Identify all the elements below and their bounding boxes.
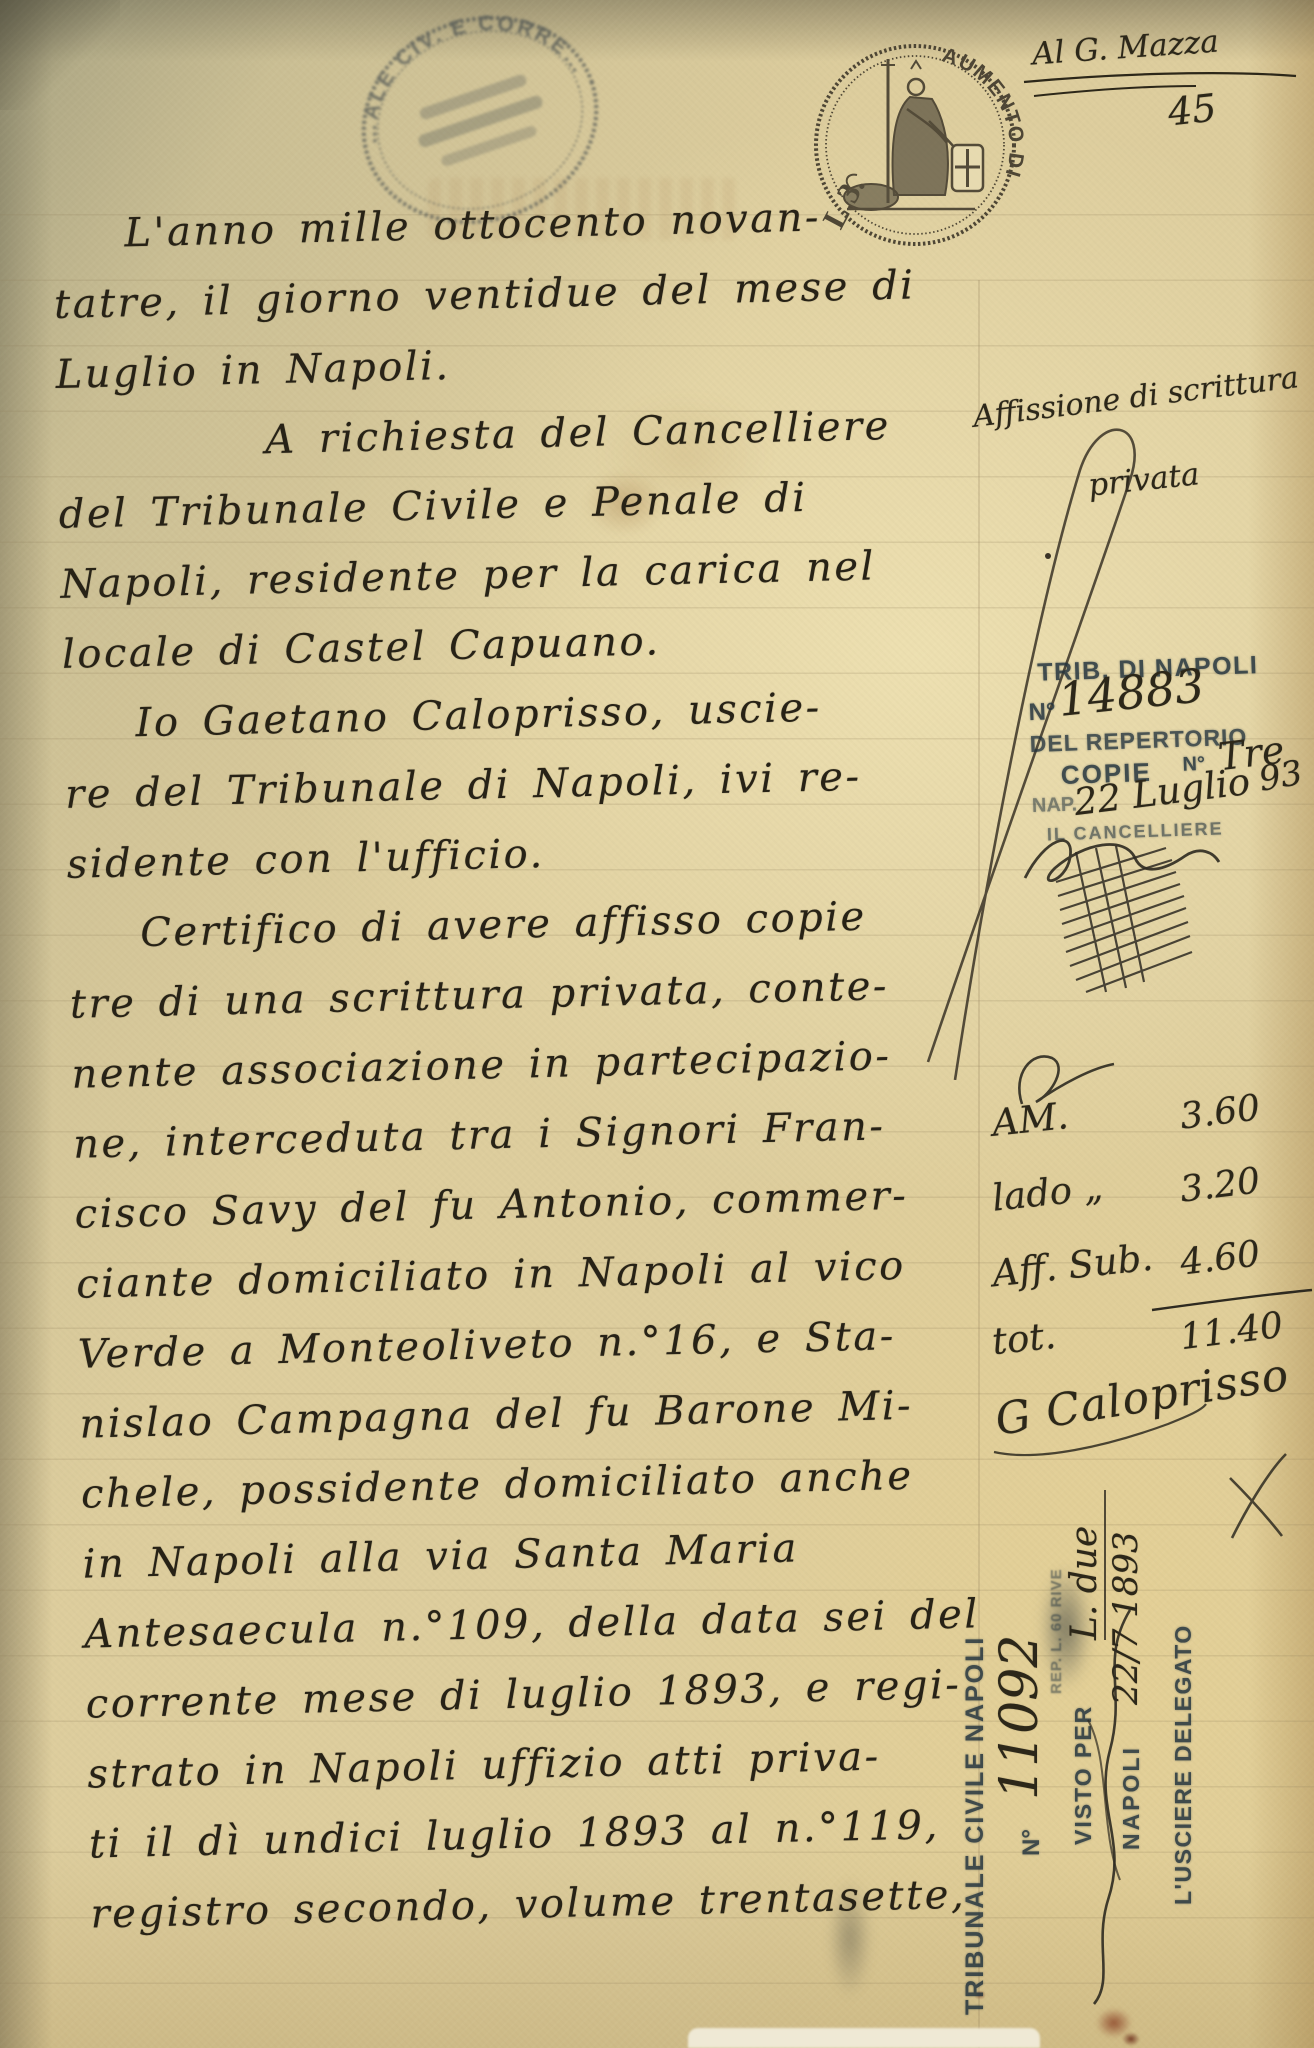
account-value: 4.60 xyxy=(1178,1233,1263,1283)
account-label: Aff. Sub. xyxy=(990,1236,1155,1296)
delegato-flourish xyxy=(1222,1448,1292,1548)
scanned-document-page: …ALE CIV. E CORRE… L.3. AUMENTO DI 2/10 xyxy=(0,0,1314,2048)
crosshatch-scribble xyxy=(1046,842,1196,1002)
account-label: tot. xyxy=(990,1314,1058,1363)
note-underline xyxy=(1020,66,1300,106)
account-rows: AM. 3.60 lado „ 3.20 Aff. Sub. 4.60 tot.… xyxy=(992,1098,1292,1390)
repertorio-stamp: TRIB. DI NAPOLI N° 14883 DEL REPERTORIO … xyxy=(1027,643,1314,853)
vstamp-number-hw: 11092 xyxy=(990,1470,1034,1800)
repertorio-stamp-n: N° xyxy=(1028,698,1056,727)
account-value: 3.20 xyxy=(1178,1160,1263,1210)
oval-stamp-arc-text: …ALE CIV. E CORRE… xyxy=(329,0,594,152)
addressee-note: Al G. Mazza xyxy=(1031,24,1220,73)
repertorio-stamp-line: DEL REPERTORIO xyxy=(1029,723,1247,758)
vstamp-date-hw: 22/7 1893 xyxy=(1106,1425,1148,1705)
vstamp-usciere-delegato: L'USCIERE DELEGATO xyxy=(1170,1545,1212,1905)
folio-number: 45 xyxy=(1166,86,1219,135)
svg-text:…ALE CIV. E CORRE…: …ALE CIV. E CORRE… xyxy=(329,0,594,152)
account-row: Aff. Sub. 4.60 xyxy=(992,1244,1292,1317)
red-stain xyxy=(1096,2008,1132,2038)
account-row: AM. 3.60 xyxy=(992,1098,1292,1171)
manuscript-body: L'anno mille ottocento novan- tatre, il … xyxy=(52,190,1041,1961)
vstamp-lire-hw: L. due xyxy=(1064,1490,1106,1640)
svg-text:AUMENTO DI 2/10: AUMENTO DI 2/10 xyxy=(795,25,1028,189)
account-label: AM. xyxy=(990,1094,1070,1145)
account-label: lado „ xyxy=(990,1165,1105,1219)
account-value: 3.60 xyxy=(1178,1087,1263,1137)
scan-edge-strip xyxy=(688,2028,1040,2048)
nap-stamp: NAP. xyxy=(1032,793,1078,818)
year-hw: 93 xyxy=(1256,753,1306,800)
margin-title-line1: Affissione di scrittura xyxy=(971,360,1301,435)
cancelliere-stamp: IL CANCELLIERE xyxy=(1047,818,1224,845)
revenue-stamp-aumento: AUMENTO DI 2/10 xyxy=(795,25,1028,189)
red-stain-small xyxy=(1122,2032,1140,2046)
account-row: lado „ 3.20 xyxy=(992,1171,1292,1244)
corner-fold xyxy=(0,0,120,110)
vstamp-napoli: NAPOLI xyxy=(1118,1725,1160,1850)
margin-title-line2: privata xyxy=(1086,456,1201,503)
italia-figure xyxy=(844,59,983,210)
